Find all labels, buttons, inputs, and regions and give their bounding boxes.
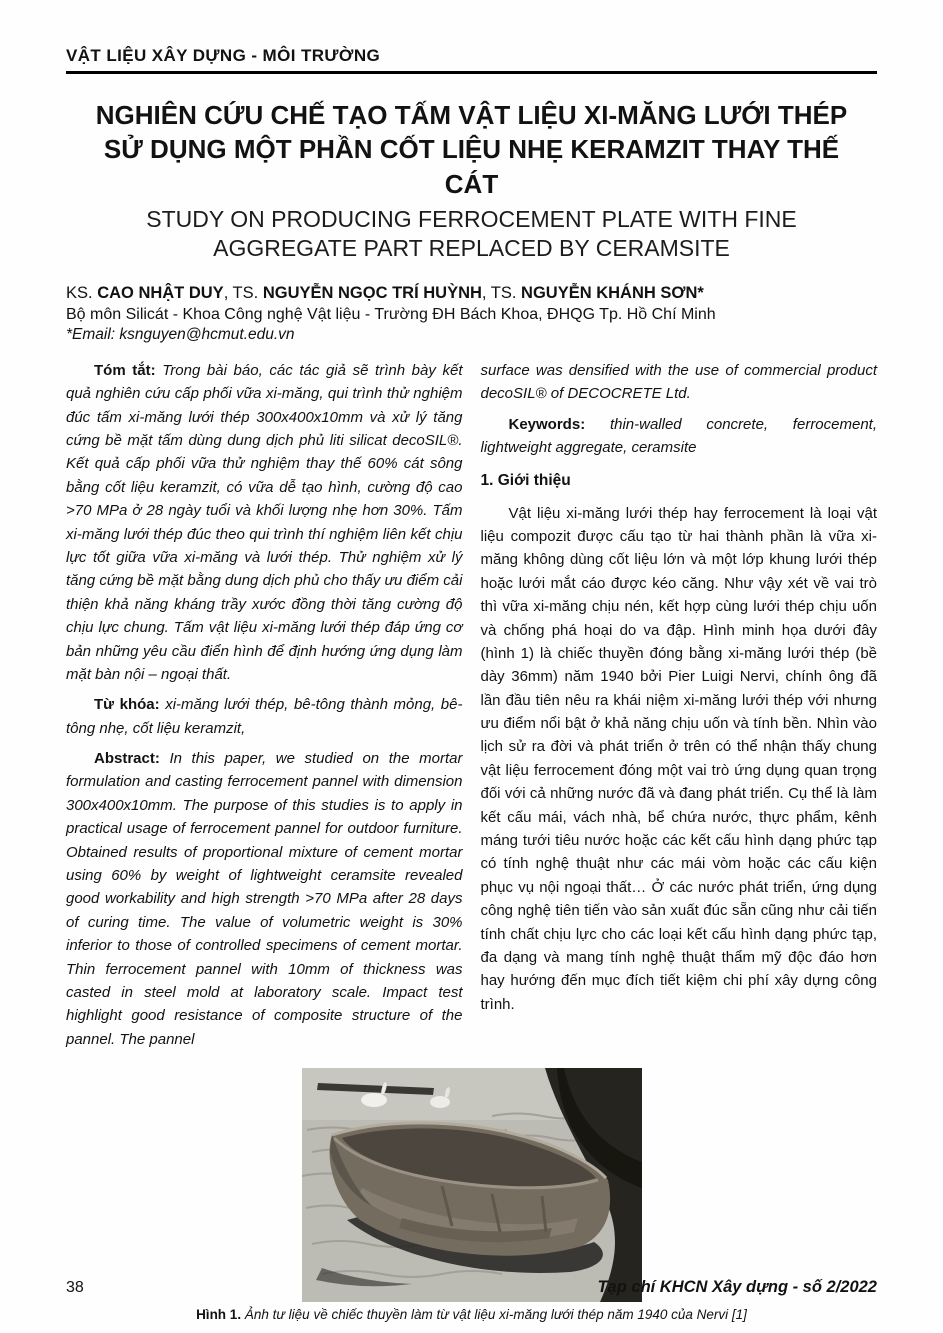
paper-title-english: STUDY ON PRODUCING FERROCEMENT PLATE WIT… xyxy=(122,205,822,264)
section-1-heading: 1. Giới thiệu xyxy=(481,469,878,493)
keywords-english: Keywords: thin-walled concrete, ferrocem… xyxy=(481,413,878,460)
abstract-vn-text: Trong bài báo, các tác giả sẽ trình bày … xyxy=(66,362,463,683)
abstract-english-continuation: surface was densified with the use of co… xyxy=(481,359,878,406)
abstract-en-text: In this paper, we studied on the mortar … xyxy=(66,750,463,1048)
journal-issue: Tạp chí KHCN Xây dựng - số 2/2022 xyxy=(597,1278,877,1297)
running-head: VẬT LIỆU XÂY DỰNG - MÔI TRƯỜNG xyxy=(66,46,877,74)
keywords-vn-label: Từ khóa: xyxy=(94,696,160,713)
authors-line: KS. CAO NHẬT DUY, TS. NGUYỄN NGỌC TRÍ HU… xyxy=(66,284,877,303)
figure-1-caption-label: Hình 1. xyxy=(196,1307,241,1322)
page-footer: 38 Tạp chí KHCN Xây dựng - số 2/2022 xyxy=(66,1278,877,1297)
abstract-vietnamese: Tóm tắt: Trong bài báo, các tác giả sẽ t… xyxy=(66,359,463,686)
introduction-paragraph: Vật liệu xi-măng lưới thép hay ferroceme… xyxy=(481,502,878,1017)
abstract-en-label: Abstract: xyxy=(94,750,160,767)
email-line: *Email: ksnguyen@hcmut.edu.vn xyxy=(66,326,877,344)
left-column: Tóm tắt: Trong bài báo, các tác giả sẽ t… xyxy=(66,359,463,1058)
affiliation: Bộ môn Silicát - Khoa Công nghệ Vật liệu… xyxy=(66,306,877,324)
figure-1-caption: Hình 1. Ảnh tư liệu về chiếc thuyền làm … xyxy=(66,1307,877,1322)
author-name-2: NGUYỄN NGỌC TRÍ HUỲNH xyxy=(263,284,482,302)
paper-title-vietnamese: NGHIÊN CỨU CHẾ TẠO TẤM VẬT LIỆU XI-MĂNG … xyxy=(77,98,867,201)
figure-1-caption-text: Ảnh tư liệu về chiếc thuyền làm từ vật l… xyxy=(245,1307,747,1322)
author-name-1: CAO NHẬT DUY xyxy=(97,284,224,302)
keywords-en-label: Keywords: xyxy=(509,416,586,433)
author-degree-2: , TS. xyxy=(224,284,263,302)
abstract-english: Abstract: In this paper, we studied on t… xyxy=(66,747,463,1051)
author-name-3: NGUYỄN KHÁNH SƠN* xyxy=(521,284,704,302)
right-column: surface was densified with the use of co… xyxy=(481,359,878,1058)
boat-photo-image xyxy=(302,1068,642,1302)
two-column-body: Tóm tắt: Trong bài báo, các tác giả sẽ t… xyxy=(66,359,877,1058)
page-number: 38 xyxy=(66,1279,84,1297)
author-degree-3: , TS. xyxy=(482,284,521,302)
keywords-vietnamese: Từ khóa: xi-măng lưới thép, bê-tông thàn… xyxy=(66,693,463,740)
running-head-title: VẬT LIỆU XÂY DỰNG - MÔI TRƯỜNG xyxy=(66,46,380,65)
author-degree-1: KS. xyxy=(66,284,97,302)
header-rule xyxy=(66,71,877,74)
abstract-vn-label: Tóm tắt: xyxy=(94,362,156,379)
page: VẬT LIỆU XÂY DỰNG - MÔI TRƯỜNG NGHIÊN CỨ… xyxy=(0,0,943,1333)
